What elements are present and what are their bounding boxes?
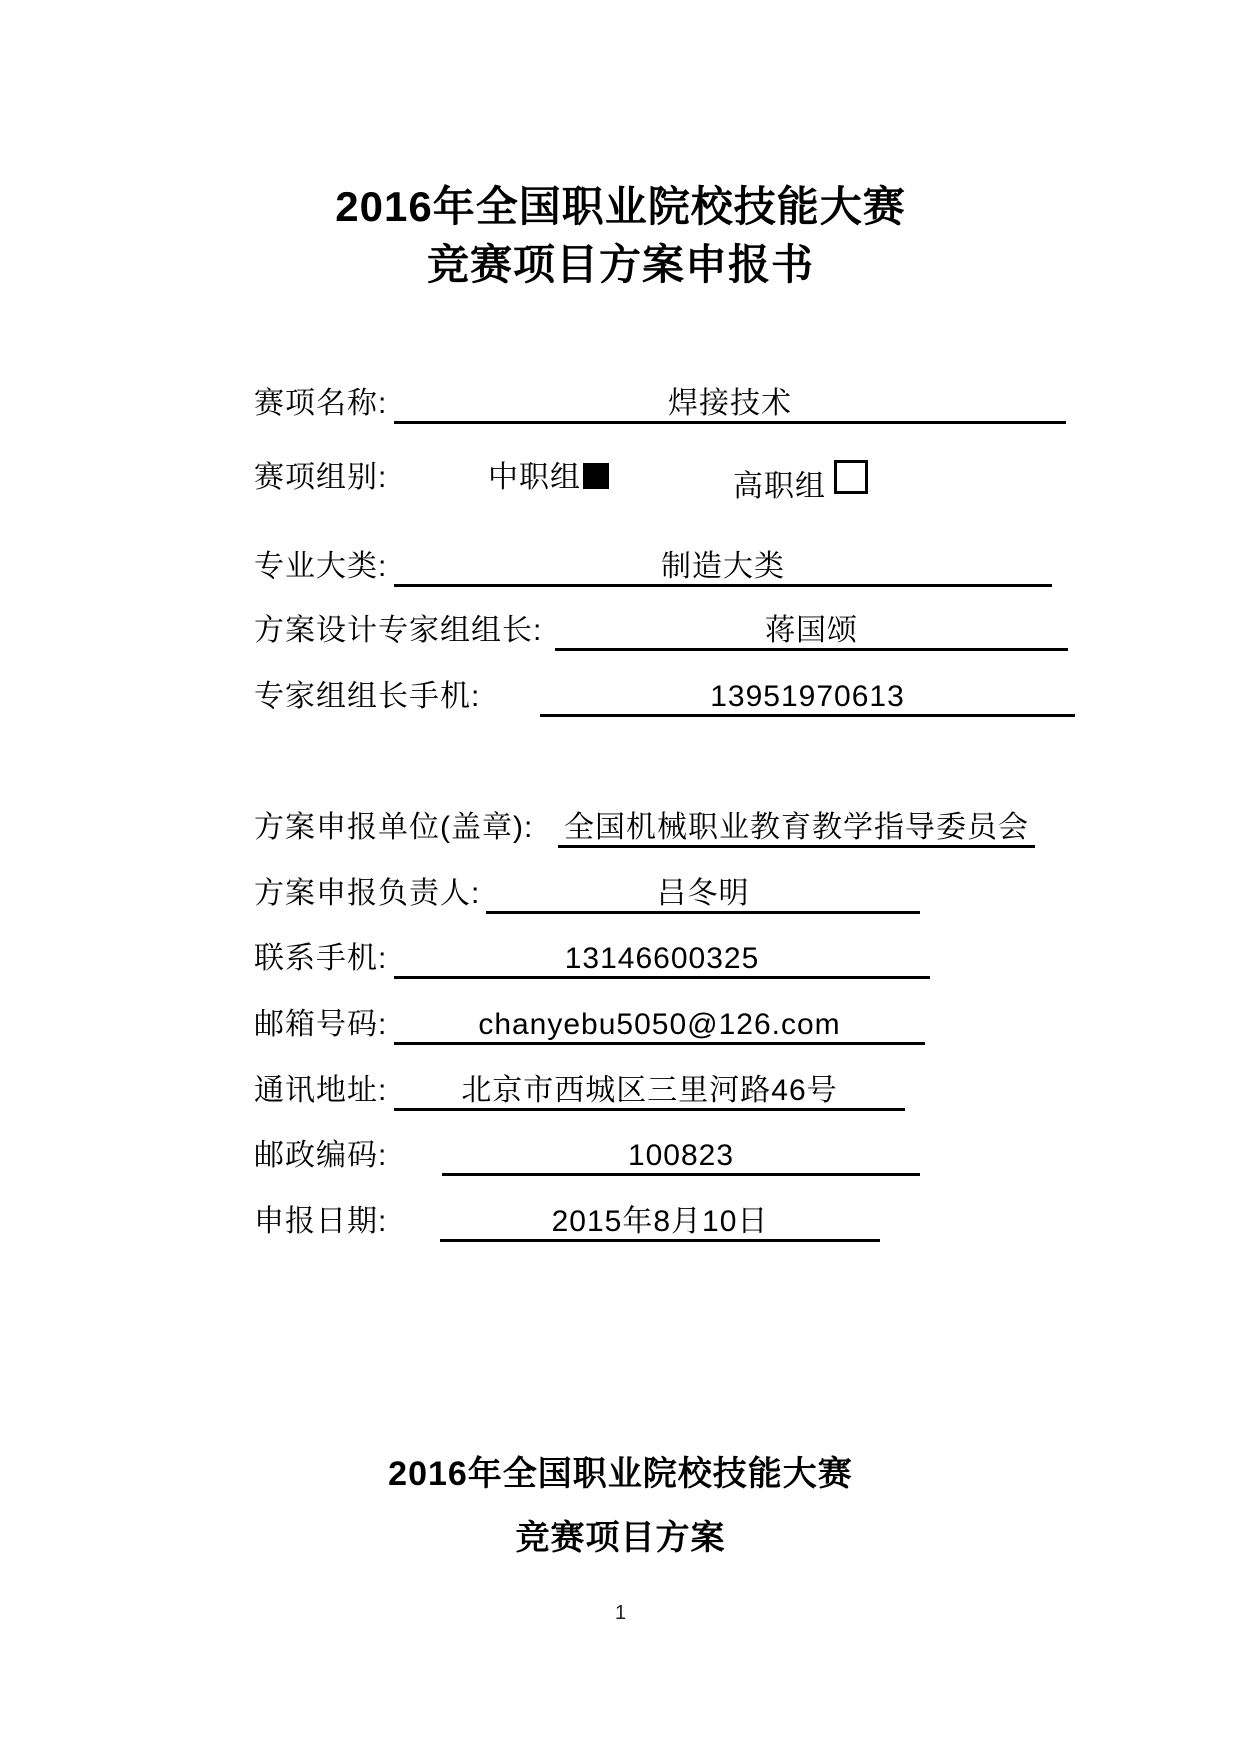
major-category-value: 制造大类 <box>661 550 785 583</box>
expert-group-leader-value: 蒋国颂 <box>765 614 858 647</box>
event-group-label: 赛项组别: <box>254 460 387 496</box>
mailing-address-label: 通讯地址: <box>254 1073 387 1109</box>
email-value: chanyebu5050@126.com <box>478 1008 840 1041</box>
form-row-postal-code: 邮政编码: 100823 <box>254 1138 1194 1174</box>
applicant-person-value: 吕冬明 <box>657 877 750 910</box>
contact-mobile-value: 13146600325 <box>565 942 760 975</box>
expert-group-leader-field[interactable]: 蒋国颂 <box>555 613 1068 651</box>
secondary-vocational-label: 中职组 <box>488 461 581 494</box>
form-row-contact-mobile: 联系手机: 13146600325 <box>254 941 1194 977</box>
applicant-unit-label: 方案申报单位(盖章): <box>254 810 533 846</box>
form-row-major-category: 专业大类: 制造大类 <box>254 549 1194 585</box>
event-group-option-higher: 高职组 <box>733 460 868 505</box>
major-category-field[interactable]: 制造大类 <box>394 549 1052 587</box>
event-name-field[interactable]: 焊接技术 <box>394 386 1066 424</box>
form-row-event-name: 赛项名称: 焊接技术 <box>254 386 1194 422</box>
event-group-option-secondary: 中职组 <box>488 460 609 496</box>
form-row-application-date: 申报日期: 2015年8月10日 <box>254 1204 1194 1240</box>
mailing-address-value: 北京市西城区三里河路46号 <box>461 1074 837 1107</box>
applicant-person-field[interactable]: 吕冬明 <box>486 876 920 914</box>
section-title-line2: 竞赛项目方案 <box>0 1506 1241 1570</box>
document-title: 2016年全国职业院校技能大赛 竞赛项目方案申报书 <box>0 178 1241 294</box>
email-field[interactable]: chanyebu5050@126.com <box>394 1007 925 1045</box>
email-label: 邮箱号码: <box>254 1007 387 1043</box>
postal-code-label: 邮政编码: <box>254 1138 387 1174</box>
major-category-label: 专业大类: <box>254 549 387 585</box>
page-number: 1 <box>0 1602 1241 1625</box>
section-title-line1: 2016年全国职业院校技能大赛 <box>0 1442 1241 1506</box>
form-row-applicant-person: 方案申报负责人: 吕冬明 <box>254 876 1194 912</box>
higher-vocational-label: 高职组 <box>733 470 826 503</box>
form-row-expert-group-leader: 方案设计专家组组长: 蒋国颂 <box>254 613 1194 649</box>
postal-code-value: 100823 <box>628 1139 734 1172</box>
contact-mobile-field[interactable]: 13146600325 <box>394 941 930 979</box>
mailing-address-field[interactable]: 北京市西城区三里河路46号 <box>394 1073 905 1111</box>
document-title-line1: 2016年全国职业院校技能大赛 <box>0 178 1241 236</box>
section-title: 2016年全国职业院校技能大赛 竞赛项目方案 <box>0 1442 1241 1570</box>
application-date-value: 2015年8月10日 <box>552 1205 769 1238</box>
applicant-unit-field[interactable]: 全国机械职业教育教学指导委员会 <box>558 810 1035 848</box>
expert-leader-mobile-label: 专家组组长手机: <box>254 679 480 715</box>
document-title-line2: 竞赛项目方案申报书 <box>0 236 1241 294</box>
form-row-expert-leader-mobile: 专家组组长手机: 13951970613 <box>254 679 1194 715</box>
checkbox-secondary-vocational-checked-icon[interactable] <box>583 463 609 489</box>
expert-leader-mobile-value: 13951970613 <box>710 680 905 713</box>
document-page: 2016年全国职业院校技能大赛 竞赛项目方案申报书 赛项名称: 焊接技术 赛项组… <box>0 0 1241 1754</box>
form-row-mailing-address: 通讯地址: 北京市西城区三里河路46号 <box>254 1073 1194 1109</box>
contact-mobile-label: 联系手机: <box>254 941 387 977</box>
form-row-applicant-unit: 方案申报单位(盖章): 全国机械职业教育教学指导委员会 <box>254 810 1194 846</box>
expert-leader-mobile-field[interactable]: 13951970613 <box>540 679 1075 717</box>
application-date-field[interactable]: 2015年8月10日 <box>440 1204 880 1242</box>
checkbox-higher-vocational-unchecked-icon[interactable] <box>834 460 868 494</box>
form-row-event-group: 赛项组别: 中职组 高职组 <box>254 460 1194 496</box>
event-name-label: 赛项名称: <box>254 386 387 422</box>
postal-code-field[interactable]: 100823 <box>442 1138 920 1176</box>
applicant-unit-value: 全国机械职业教育教学指导委员会 <box>564 811 1029 844</box>
expert-group-leader-label: 方案设计专家组组长: <box>254 613 542 649</box>
form-row-email: 邮箱号码: chanyebu5050@126.com <box>254 1007 1194 1043</box>
application-date-label: 申报日期: <box>254 1204 387 1240</box>
applicant-person-label: 方案申报负责人: <box>254 876 480 912</box>
event-name-value: 焊接技术 <box>668 387 792 420</box>
